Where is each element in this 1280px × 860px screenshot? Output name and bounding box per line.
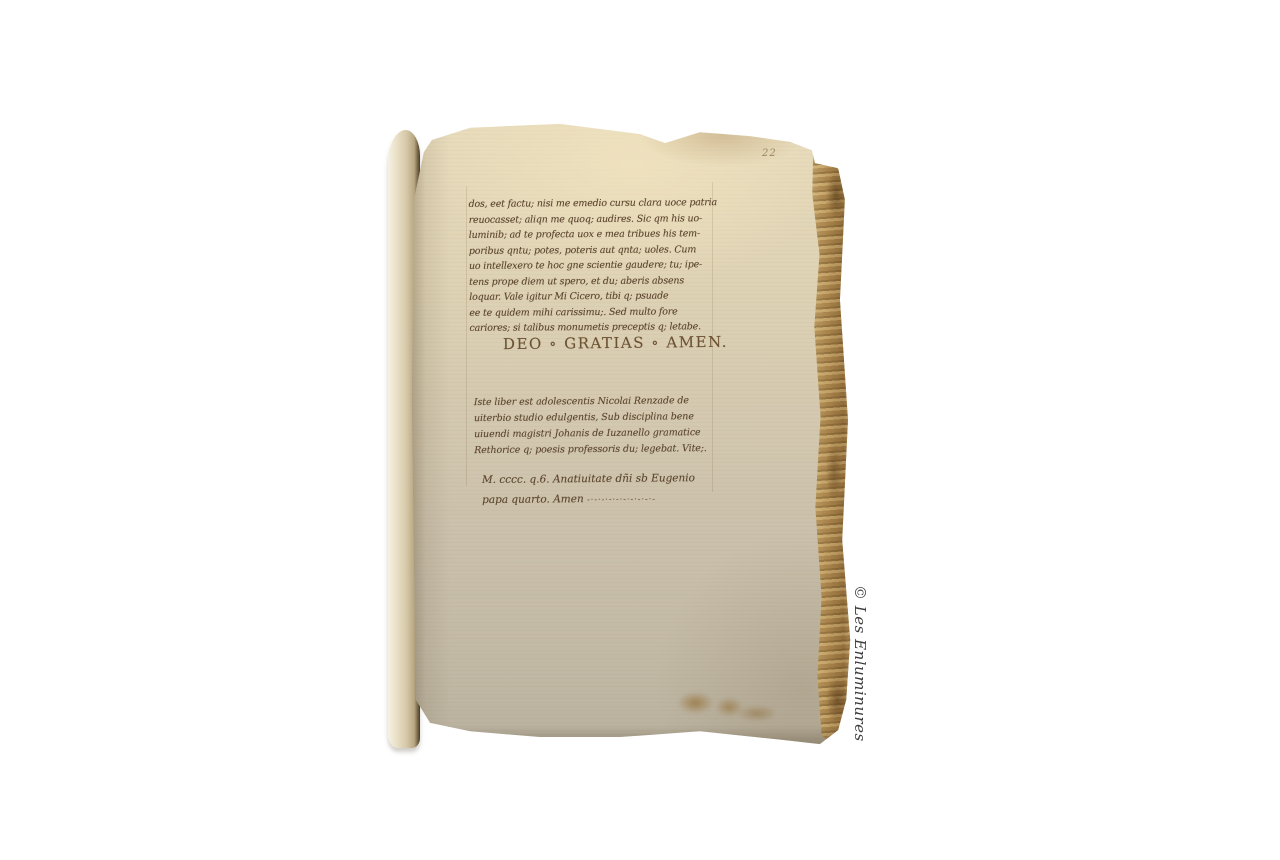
manuscript-text-line: luminib; ad te profecta uox e mea tribue… — [469, 226, 721, 243]
manuscript-page: 22 dos, eet factu; nisi me emedio cursu … — [410, 122, 856, 764]
manuscript-text-line: dos, eet factu; nisi me emedio cursu cla… — [469, 195, 721, 212]
date-line: papa quarto. Amen -·-·-·-·-·-·-·-·-·- — [482, 488, 712, 511]
colophon-line: Rethorice q; poesis professoris du; lege… — [474, 441, 724, 459]
manuscript-photo: 22 dos, eet factu; nisi me emedio cursu … — [0, 0, 1280, 860]
manuscript-text-line: uo intellexero te hoc gne scientie gaude… — [469, 257, 721, 274]
folio-number: 22 — [762, 148, 777, 159]
screenshot: 22 dos, eet factu; nisi me emedio cursu … — [0, 0, 1280, 860]
manuscript-body-text: dos, eet factu; nisi me emedio cursu cla… — [469, 195, 722, 336]
date-line-text: papa quarto. Amen — [482, 493, 584, 506]
colophon-text: Iste liber est adolescentis Nicolai Renz… — [474, 393, 725, 459]
colophon-date: M. cccc. q.6. Anatiuitate dñi sb Eugenio… — [482, 468, 712, 511]
manuscript-text-line: tens prope diem ut spero, et du; aberis … — [469, 273, 721, 290]
date-line: M. cccc. q.6. Anatiuitate dñi sb Eugenio — [482, 468, 712, 490]
photo-credit: © Les Enluminures — [851, 585, 869, 755]
manuscript-text-line: reuocasset; aliqn me quoq; audires. Sic … — [469, 211, 721, 228]
parchment-stain — [662, 684, 774, 726]
manuscript-text-line: poribus qntu; potes, poteris aut qnta; u… — [469, 242, 721, 259]
pen-flourish: -·-·-·-·-·-·-·-·-·- — [587, 494, 656, 504]
ruling-line-left — [466, 186, 467, 486]
manuscript-text-line: ee te quidem mihi carissimu;. Sed multo … — [469, 304, 721, 321]
manuscript-text-line: loquar. Vale igitur Mi Cicero, tibi q; p… — [469, 288, 721, 305]
explicit-deo-gratias-line: DEO ∘ GRATIAS ∘ AMEN. — [503, 333, 723, 353]
